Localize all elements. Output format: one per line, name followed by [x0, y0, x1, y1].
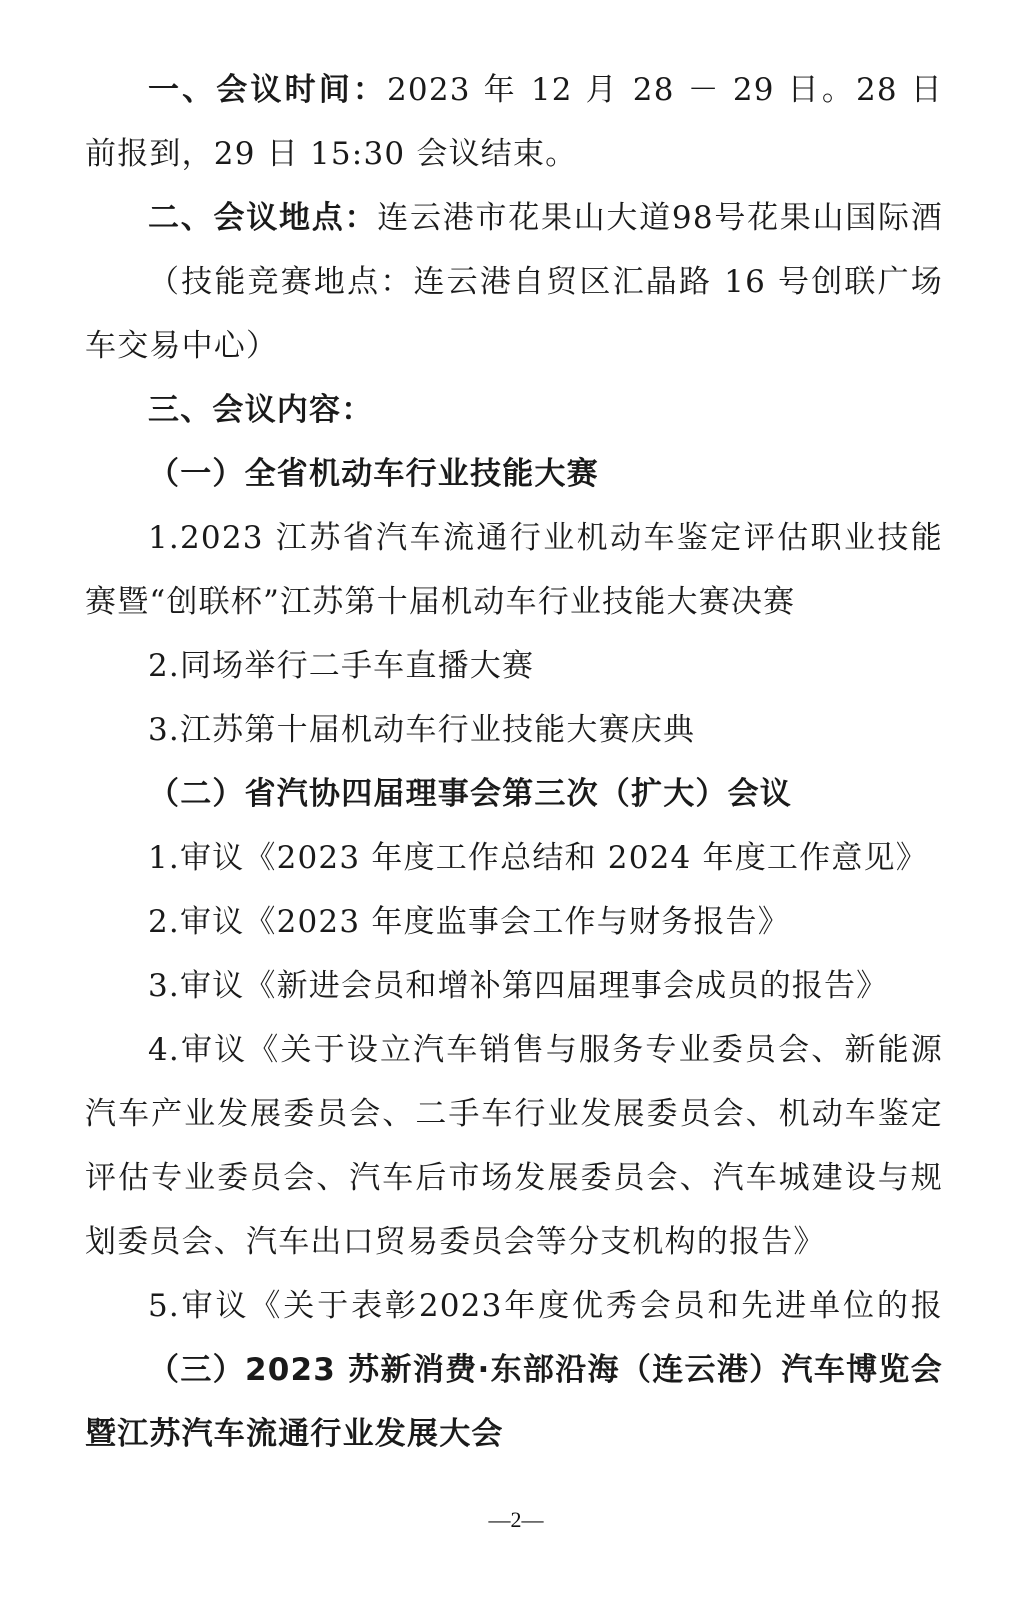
meeting-venue-label: 二、会议地点：: [148, 200, 377, 236]
sub2-item-4-line-4: 划委员会、汽车出口贸易委员会等分支机构的报告》: [85, 1210, 943, 1274]
sub2-item-4-line-3: 评估专业委员会、汽车后市场发展委员会、汽车城建设与规: [85, 1146, 943, 1210]
sub2-item-3: 3.审议《新进会员和增补第四届理事会成员的报告》: [85, 954, 943, 1018]
sub2-item-4-line-2: 汽车产业发展委员会、二手车行业发展委员会、机动车鉴定: [85, 1082, 943, 1146]
meeting-time-label: 一、会议时间：: [148, 72, 387, 108]
sub2-item-2: 2.审议《2023 年度监事会工作与财务报告》: [85, 890, 943, 954]
sub2-item-1: 1.审议《2023 年度工作总结和 2024 年度工作意见》: [85, 826, 943, 890]
sub1-item-1-line-2: 赛暨“创联杯”江苏第十届机动车行业技能大赛决赛: [85, 570, 943, 634]
meeting-time-line-2: 前报到，29 日 15:30 会议结束。: [85, 122, 943, 186]
meeting-content-heading: 三、会议内容：: [85, 378, 943, 442]
subsection-3-title-line-2: 暨江苏汽车流通行业发展大会: [85, 1402, 943, 1466]
meeting-venue-line-1: 二、会议地点：连云港市花果山大道98号花果山国际酒店: [85, 186, 943, 250]
sub1-item-3: 3.江苏第十届机动车行业技能大赛庆典: [85, 698, 943, 762]
competition-venue-line-1: （技能竞赛地点：连云港自贸区汇晶路 16 号创联广场汽: [85, 250, 943, 314]
sub1-item-1-line-1: 1.2023 江苏省汽车流通行业机动车鉴定评估职业技能竞: [85, 506, 943, 570]
document-page: 一、会议时间：2023 年 12 月 28 － 29 日。28 日 14:00 …: [85, 58, 943, 1466]
sub2-item-4-line-1: 4.审议《关于设立汽车销售与服务专业委员会、新能源: [85, 1018, 943, 1082]
meeting-time-line-1: 一、会议时间：2023 年 12 月 28 － 29 日。28 日 14:00: [85, 58, 943, 122]
subsection-3-title-line-1: （三）2023 苏新消费·东部沿海（连云港）汽车博览会: [85, 1338, 943, 1402]
sub2-item-5: 5.审议《关于表彰2023年度优秀会员和先进单位的报告》: [85, 1274, 943, 1338]
subsection-2-title: （二）省汽协四届理事会第三次（扩大）会议: [85, 762, 943, 826]
competition-venue-line-2: 车交易中心）: [85, 314, 943, 378]
sub1-item-2: 2.同场举行二手车直播大赛: [85, 634, 943, 698]
subsection-1-title: （一）全省机动车行业技能大赛: [85, 442, 943, 506]
page-number: —2—: [0, 1507, 1032, 1533]
